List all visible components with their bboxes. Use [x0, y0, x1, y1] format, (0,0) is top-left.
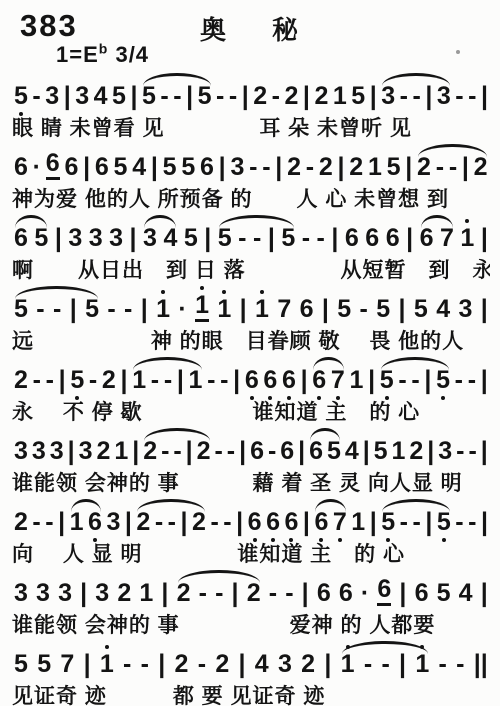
duration-dash: -	[360, 297, 368, 322]
lyric-line: 谁能领 会神的 事 爱神 的 人都要	[12, 609, 490, 638]
duration-dash: -	[400, 84, 408, 109]
barline: |	[186, 438, 193, 464]
slur	[418, 144, 486, 157]
barline: |	[268, 225, 275, 251]
note: 5	[437, 510, 451, 535]
slur	[144, 428, 209, 441]
note: 3	[437, 84, 451, 109]
duration-dash: -	[285, 581, 293, 606]
barline: |	[141, 296, 148, 322]
barline: |	[303, 509, 310, 535]
note: 7	[277, 297, 291, 322]
barline: |	[462, 154, 469, 180]
note: 4	[163, 226, 177, 251]
slur	[381, 357, 448, 370]
score-system: 5-3|345|5--|5--|2-2|215|3--|3--|眼 睛 未曾看 …	[12, 72, 490, 141]
note: 2	[14, 510, 28, 535]
song-title: 奥秘	[200, 10, 344, 47]
note: 5	[437, 581, 451, 606]
duration-dash: -	[215, 439, 223, 464]
note: 5	[414, 297, 428, 322]
duration-dash: -	[160, 84, 168, 109]
note: 5	[374, 439, 388, 464]
note: 1	[341, 652, 355, 677]
note: 6	[345, 226, 359, 251]
note: 2	[117, 581, 131, 606]
note: 3	[381, 84, 395, 109]
duration-dash: -	[123, 652, 131, 677]
key-root: 1=E	[56, 42, 99, 67]
note: 6	[415, 581, 429, 606]
slur	[342, 641, 427, 654]
slur	[133, 357, 201, 370]
barline: |	[233, 367, 240, 393]
note: 1	[70, 510, 84, 535]
note: 4	[459, 581, 473, 606]
score-system: 333|321|2--|2--|66·6|654|谁能领 会神的 事 爱神 的 …	[12, 569, 490, 638]
barline: |	[399, 296, 406, 322]
note: 3	[75, 84, 89, 109]
octave-dot-low	[386, 538, 390, 542]
note: 7	[331, 368, 345, 393]
octave-dot-low	[319, 538, 323, 542]
score-system: 5--|5--|1·11|176|5-5|543|远 神 的眼 目眷顾 敬 畏 …	[12, 285, 490, 354]
barline: |	[427, 438, 434, 464]
note: 2	[143, 439, 157, 464]
note: 5	[281, 226, 295, 251]
barline: |	[232, 580, 239, 606]
note: 2	[417, 155, 431, 180]
barline: |	[368, 367, 375, 393]
lyric-line: 啊 从日出 到 日 落 从短暂 到 永	[12, 254, 490, 283]
duration-dash: -	[436, 155, 444, 180]
duration-dash: -	[155, 510, 163, 535]
octave-dot-low	[317, 396, 321, 400]
note: 1	[217, 297, 231, 322]
octave-dot-low	[289, 538, 293, 542]
duration-dash: -	[468, 510, 476, 535]
barline: |	[399, 580, 406, 606]
duration-dash: -	[173, 439, 181, 464]
note: 1	[139, 581, 153, 606]
note: 3	[106, 510, 120, 535]
duration-dash: -	[223, 510, 231, 535]
slur	[382, 73, 449, 86]
note: 6	[46, 151, 60, 180]
note: 5	[198, 84, 212, 109]
score-system: 2--|5-2|1--|1--|666|671|5--|5--|永 不 停 歇 …	[12, 356, 490, 425]
slur	[15, 286, 97, 299]
note: 3	[143, 226, 157, 251]
octave-dot-low	[75, 396, 79, 400]
duration-dash: -	[302, 226, 310, 251]
music-line: 333|321|2--|2--|6-6|654|512|3--|	[12, 427, 490, 464]
duration-dash: -	[198, 652, 206, 677]
note: 6	[309, 439, 323, 464]
barline: |	[370, 509, 377, 535]
note: 2	[409, 439, 423, 464]
octave-dot-high	[222, 290, 226, 294]
note: 5	[218, 226, 232, 251]
note: 6	[282, 368, 296, 393]
barline: |	[481, 438, 488, 464]
duration-dash: -	[439, 652, 447, 677]
barline: |	[406, 225, 413, 251]
note: 3	[14, 581, 28, 606]
note: 5	[184, 226, 198, 251]
note: 3	[68, 226, 82, 251]
barline: |	[338, 154, 345, 180]
octave-dot-high	[161, 290, 165, 294]
duration-dash: -	[33, 368, 41, 393]
note: 5	[436, 368, 450, 393]
duration-dash: -	[168, 510, 176, 535]
barline: |	[298, 438, 305, 464]
octave-dot-low	[442, 538, 446, 542]
augmentation-dot: ·	[178, 297, 186, 322]
slur	[315, 499, 345, 512]
slur	[219, 215, 293, 228]
duration-dash: -	[45, 510, 53, 535]
sheet-music-page: 383 奥秘 1=Eb 3/4 5-3|345|5--|5--|2-2|215|…	[0, 0, 500, 706]
note: 6	[95, 155, 109, 180]
barline: |	[125, 509, 132, 535]
duration-dash: -	[210, 510, 218, 535]
note: 6	[245, 368, 259, 393]
barline: |	[64, 83, 71, 109]
barline: |	[186, 83, 193, 109]
music-line: 6·66|654|556|3--|2-2|215|2--|2	[12, 143, 490, 180]
barline: |	[219, 154, 226, 180]
slur	[15, 215, 46, 228]
note: 5	[70, 368, 84, 393]
duration-dash: -	[317, 226, 325, 251]
note: 3	[58, 581, 72, 606]
duration-dash: -	[449, 155, 457, 180]
note: 2	[14, 368, 28, 393]
duration-dash: -	[32, 84, 40, 109]
octave-dot-high	[105, 645, 109, 649]
barline: |	[80, 580, 87, 606]
duration-dash: -	[398, 368, 406, 393]
barline: |	[370, 83, 377, 109]
note: 7	[333, 510, 347, 535]
note: 1	[392, 439, 406, 464]
note: 2	[474, 155, 488, 180]
duration-dash: -	[53, 297, 61, 322]
note: 5	[142, 84, 156, 109]
barline: |	[204, 225, 211, 251]
note: 2	[287, 155, 301, 180]
note: 1	[368, 155, 382, 180]
note: 7	[60, 652, 74, 677]
duration-dash: -	[216, 84, 224, 109]
note: 1	[132, 368, 146, 393]
duration-dash: -	[124, 297, 132, 322]
note: 1	[114, 439, 128, 464]
duration-dash: -	[456, 652, 464, 677]
lyric-line: 见证奇 迹 都 要 见证奇 迹	[12, 680, 490, 706]
note: 6	[248, 510, 262, 535]
barline: |	[130, 83, 137, 109]
octave-dot-low	[268, 396, 272, 400]
music-line: 2--|163|2--|2--|666|671|5--|5--|	[12, 498, 490, 535]
barline: |	[424, 367, 431, 393]
note: 5	[327, 439, 341, 464]
octave-dot-low	[93, 538, 97, 542]
duration-dash: -	[468, 439, 476, 464]
slur	[178, 570, 259, 583]
duration-dash: -	[227, 439, 235, 464]
note: 6	[266, 510, 280, 535]
barline: |	[405, 154, 412, 180]
octave-dot-high	[465, 219, 469, 223]
augmentation-dot: ·	[361, 581, 369, 606]
slur	[144, 215, 175, 228]
barline: |	[363, 438, 370, 464]
note: 5	[351, 84, 365, 109]
music-line: 65|333|345|5--|5--|666|671|	[12, 214, 490, 251]
note: 6	[339, 581, 353, 606]
duration-dash: -	[268, 439, 276, 464]
barline: |	[59, 367, 66, 393]
note: 3	[458, 297, 472, 322]
note: 6	[312, 368, 326, 393]
score-system: 6·66|654|556|3--|2-2|215|2--|2神为爱 他的人 所预…	[12, 143, 490, 212]
note: 2	[102, 368, 116, 393]
barline: |	[239, 438, 246, 464]
note: 5	[37, 652, 51, 677]
duration-dash: -	[164, 368, 172, 393]
barline: |	[481, 83, 488, 109]
note: 2	[192, 510, 206, 535]
note: 5	[380, 368, 394, 393]
note: 6	[280, 439, 294, 464]
duration-dash: -	[107, 297, 115, 322]
duration-dash: -	[36, 297, 44, 322]
note: 2	[349, 155, 363, 180]
note: 3	[32, 439, 46, 464]
slur	[421, 215, 452, 228]
barline: |	[236, 509, 243, 535]
note: 6	[14, 226, 28, 251]
duration-dash: -	[381, 652, 389, 677]
duration-dash: -	[468, 368, 476, 393]
note: 6	[200, 155, 214, 180]
note: 3	[109, 226, 123, 251]
barline: |	[242, 83, 249, 109]
music-line: 333|321|2--|2--|66·6|654|	[12, 569, 490, 606]
slur	[313, 357, 343, 370]
score: 5-3|345|5--|5--|2-2|215|3--|3--|眼 睛 未曾看 …	[12, 72, 490, 706]
note: 4	[255, 652, 269, 677]
note: 1	[349, 368, 363, 393]
barline: |	[239, 651, 246, 677]
duration-dash: -	[455, 510, 463, 535]
note: 6	[300, 297, 314, 322]
note: 2	[215, 652, 229, 677]
barline: |	[161, 580, 168, 606]
score-system: 333|321|2--|2--|6-6|654|512|3--|谁能领 会神的 …	[12, 427, 490, 496]
duration-dash: -	[220, 368, 228, 393]
duration-dash: -	[229, 84, 237, 109]
note: 1	[189, 368, 203, 393]
note: 1	[100, 652, 114, 677]
note: 5	[376, 297, 390, 322]
duration-dash: -	[249, 155, 257, 180]
key-signature: 1=Eb 3/4	[56, 42, 149, 68]
note: 6	[317, 581, 331, 606]
duration-dash: -	[151, 368, 159, 393]
octave-dot-high	[200, 286, 204, 290]
note: 5	[337, 297, 351, 322]
note: 6	[250, 439, 264, 464]
duration-dash: -	[412, 84, 420, 109]
music-line: 5-3|345|5--|5--|2-2|215|3--|3--|	[12, 72, 490, 109]
note: 5	[14, 652, 28, 677]
octave-dot-low	[271, 538, 275, 542]
note: 5	[85, 297, 99, 322]
duration-dash: -	[412, 510, 420, 535]
note: 1	[255, 297, 269, 322]
barline: |	[322, 296, 329, 322]
barline: ||	[474, 651, 488, 677]
octave-dot-low	[385, 396, 389, 400]
lyric-line: 谁能领 会神的 事 藉 着 圣 灵 向人显 明	[12, 467, 490, 496]
note: 5	[14, 84, 28, 109]
octave-dot-high	[260, 290, 264, 294]
music-line: 2--|5-2|1--|1--|666|671|5--|5--|	[12, 356, 490, 393]
song-header: 383 奥秘 1=Eb 3/4	[12, 6, 490, 72]
duration-dash: -	[468, 84, 476, 109]
lyric-line: 永 不 停 歇 谁知道 主 的 心	[12, 396, 490, 425]
note: 2	[301, 652, 315, 677]
lyric-line: 向 人 显 明 谁知道 主 的 心	[12, 538, 490, 567]
score-system: 2--|163|2--|2--|666|671|5--|5--|向 人 显 明 …	[12, 498, 490, 567]
note: 6	[386, 226, 400, 251]
barline: |	[481, 367, 488, 393]
song-number: 383	[20, 8, 78, 44]
note: 2	[177, 581, 191, 606]
note: 2	[197, 439, 211, 464]
time-signature: 3/4	[115, 42, 149, 67]
barline: |	[481, 580, 488, 606]
duration-dash: -	[173, 84, 181, 109]
note: 5	[387, 155, 401, 180]
barline: |	[68, 438, 75, 464]
duration-dash: -	[456, 439, 464, 464]
scan-artifact-dot	[456, 50, 460, 54]
duration-dash: -	[411, 368, 419, 393]
duration-dash: -	[253, 226, 261, 251]
barline: |	[481, 225, 488, 251]
note: 1	[351, 510, 365, 535]
note: 2	[136, 510, 150, 535]
barline: |	[130, 225, 137, 251]
note: 4	[94, 84, 108, 109]
barline: |	[399, 651, 406, 677]
score-system: 65|333|345|5--|5--|666|671|啊 从日出 到 日 落 从…	[12, 214, 490, 283]
barline: |	[324, 651, 331, 677]
barline: |	[481, 296, 488, 322]
duration-dash: -	[161, 439, 169, 464]
duration-dash: -	[455, 368, 463, 393]
note: 5	[34, 226, 48, 251]
note: 1	[415, 652, 429, 677]
octave-dot-low	[336, 396, 340, 400]
duration-dash: -	[89, 368, 97, 393]
duration-dash: -	[199, 581, 207, 606]
note: 4	[436, 297, 450, 322]
note: 3	[79, 439, 93, 464]
note: 6	[377, 577, 391, 606]
note: 2	[96, 439, 110, 464]
barline: |	[177, 367, 184, 393]
barline: |	[132, 438, 139, 464]
lyric-line: 眼 睛 未曾看 见 耳 朵 未曾听 见	[12, 112, 490, 141]
note: 3	[230, 155, 244, 180]
lyric-line: 神为爱 他的人 所预备 的 人 心 未曾想 到	[12, 183, 490, 212]
note: 3	[438, 439, 452, 464]
slur	[143, 73, 210, 86]
note: 3	[50, 439, 64, 464]
note: 5	[163, 155, 177, 180]
note: 3	[36, 581, 50, 606]
note: 6	[88, 510, 102, 535]
duration-dash: -	[207, 368, 215, 393]
slur	[310, 428, 339, 441]
barline: |	[121, 367, 128, 393]
note: 6	[314, 510, 328, 535]
barline: |	[83, 154, 90, 180]
octave-dot-low	[250, 396, 254, 400]
octave-dot-low	[441, 396, 445, 400]
note: 6	[420, 226, 434, 251]
note: 3	[89, 226, 103, 251]
note: 3	[95, 581, 109, 606]
barline: |	[302, 580, 309, 606]
augmentation-dot: ·	[33, 155, 41, 180]
note: 6	[285, 510, 299, 535]
slur	[137, 499, 204, 512]
note: 4	[345, 439, 359, 464]
note: 6	[14, 155, 28, 180]
duration-dash: -	[215, 581, 223, 606]
duration-dash: -	[272, 84, 280, 109]
barline: |	[275, 154, 282, 180]
note: 7	[440, 226, 454, 251]
octave-dot-low	[253, 538, 257, 542]
octave-dot-low	[338, 538, 342, 542]
octave-dot-low	[19, 112, 23, 116]
note: 6	[263, 368, 277, 393]
key-flat-accidental: b	[99, 41, 109, 57]
note: 3	[45, 84, 59, 109]
barline: |	[303, 83, 310, 109]
barline: |	[84, 651, 91, 677]
note: 6	[365, 226, 379, 251]
duration-dash: -	[306, 155, 314, 180]
music-line: 5--|5--|1·11|176|5-5|543|	[12, 285, 490, 322]
note: 5	[381, 510, 395, 535]
duration-dash: -	[46, 368, 54, 393]
note: 3	[278, 652, 292, 677]
octave-dot-low	[287, 396, 291, 400]
barline: |	[58, 509, 65, 535]
slur	[382, 499, 449, 512]
score-system: 557|1--|2-2|432|1--|1--||见证奇 迹 都 要 见证奇 迹	[12, 640, 490, 706]
barline: |	[70, 296, 77, 322]
